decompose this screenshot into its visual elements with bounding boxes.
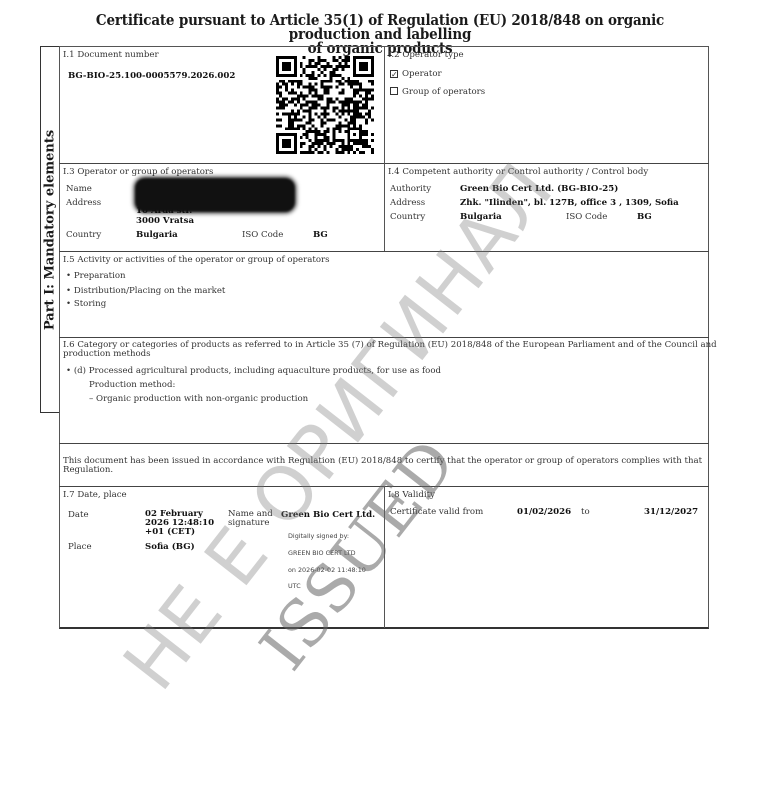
operator-iso-label: ISO Code — [242, 230, 283, 240]
signer-name: Green Bio Cert Ltd. — [281, 510, 375, 520]
authority-iso-label: ISO Code — [566, 212, 607, 222]
operator-iso: BG — [313, 230, 328, 240]
issue-date: 02 February 2026 12:48:10 +01 (CET) — [145, 510, 214, 537]
checkbox-checked-icon[interactable]: ✓ — [390, 70, 398, 78]
option-label: Group of operators — [402, 87, 485, 97]
valid-from-label: Certificate valid from — [390, 507, 483, 517]
operator-name-label: Name — [66, 184, 92, 194]
authority-address: Zhk. "Ilinden", bl. 127B, office 3 , 130… — [460, 198, 679, 208]
qr-code-icon — [276, 56, 374, 154]
activity-item: • Storing — [66, 299, 106, 309]
operator-country-label: Country — [66, 230, 101, 240]
place-label: Place — [68, 542, 92, 552]
valid-to-date: 31/12/2027 — [644, 507, 698, 517]
section-i3-heading: I.3 Operator or group of operators — [63, 167, 213, 177]
column-divider — [384, 486, 385, 628]
operator-type-option-operator[interactable]: ✓Operator — [390, 69, 442, 79]
section-i8-heading: I.8 Validity — [388, 490, 435, 500]
authority-name: Green Bio Cert Ltd. (BG-BIO-25) — [460, 184, 618, 194]
authority-iso: BG — [637, 212, 652, 222]
section-i2-heading: I.2 Operator type — [388, 50, 464, 60]
digital-signature-line: GREEN BIO CERT LTD — [288, 549, 356, 557]
compliance-statement: This document has been issued in accorda… — [63, 457, 702, 475]
issue-place: Sofia (BG) — [145, 542, 195, 552]
digital-signature-line: Digitally signed by: — [288, 532, 349, 540]
authority-address-label: Address — [390, 198, 425, 208]
document-number: BG-BIO-25.100-0005579.2026.002 — [68, 71, 235, 81]
section-i5-heading: I.5 Activity or activities of the operat… — [63, 255, 330, 265]
redaction-mark — [135, 178, 295, 212]
row-divider — [59, 337, 709, 338]
part-label: Part I: Mandatory elements — [43, 129, 58, 329]
checkbox-unchecked-icon[interactable] — [390, 87, 398, 95]
authority-country: Bulgaria — [460, 212, 502, 222]
signature-label: Name and signature — [228, 510, 273, 528]
section-i4-heading: I.4 Competent authority or Control autho… — [388, 167, 648, 177]
section-i6-heading: I.6 Category or categories of products a… — [63, 341, 717, 359]
product-category: • (d) Processed agricultural products, i… — [66, 366, 441, 376]
production-method: – Organic production with non-organic pr… — [89, 394, 308, 404]
column-divider — [384, 46, 385, 251]
section-i1-heading: I.1 Document number — [63, 50, 159, 60]
valid-from-date: 01/02/2026 — [517, 507, 571, 517]
section-i7-heading: I.7 Date, place — [63, 490, 127, 500]
option-label: Operator — [402, 69, 442, 79]
operator-address-line2: 3000 Vratsa — [136, 216, 194, 226]
date-label: Date — [68, 510, 89, 520]
part-label-box: Part I: Mandatory elements — [40, 46, 59, 413]
digital-signature-line: on 2026-02-02 11:48:10 — [288, 566, 366, 574]
operator-address-label: Address — [66, 198, 101, 208]
row-divider — [59, 443, 709, 444]
valid-to-label: to — [581, 507, 590, 517]
authority-label: Authority — [390, 184, 431, 194]
operator-country: Bulgaria — [136, 230, 178, 240]
activity-item: • Distribution/Placing on the market — [66, 286, 225, 296]
row-divider — [59, 251, 709, 252]
activity-item: • Preparation — [66, 271, 126, 281]
production-method-label: Production method: — [89, 380, 175, 390]
title-line-1: Certificate pursuant to Article 35(1) of… — [55, 14, 706, 42]
operator-type-option-group[interactable]: Group of operators — [390, 87, 485, 97]
authority-country-label: Country — [390, 212, 425, 222]
digital-signature-line: UTC — [288, 582, 301, 590]
